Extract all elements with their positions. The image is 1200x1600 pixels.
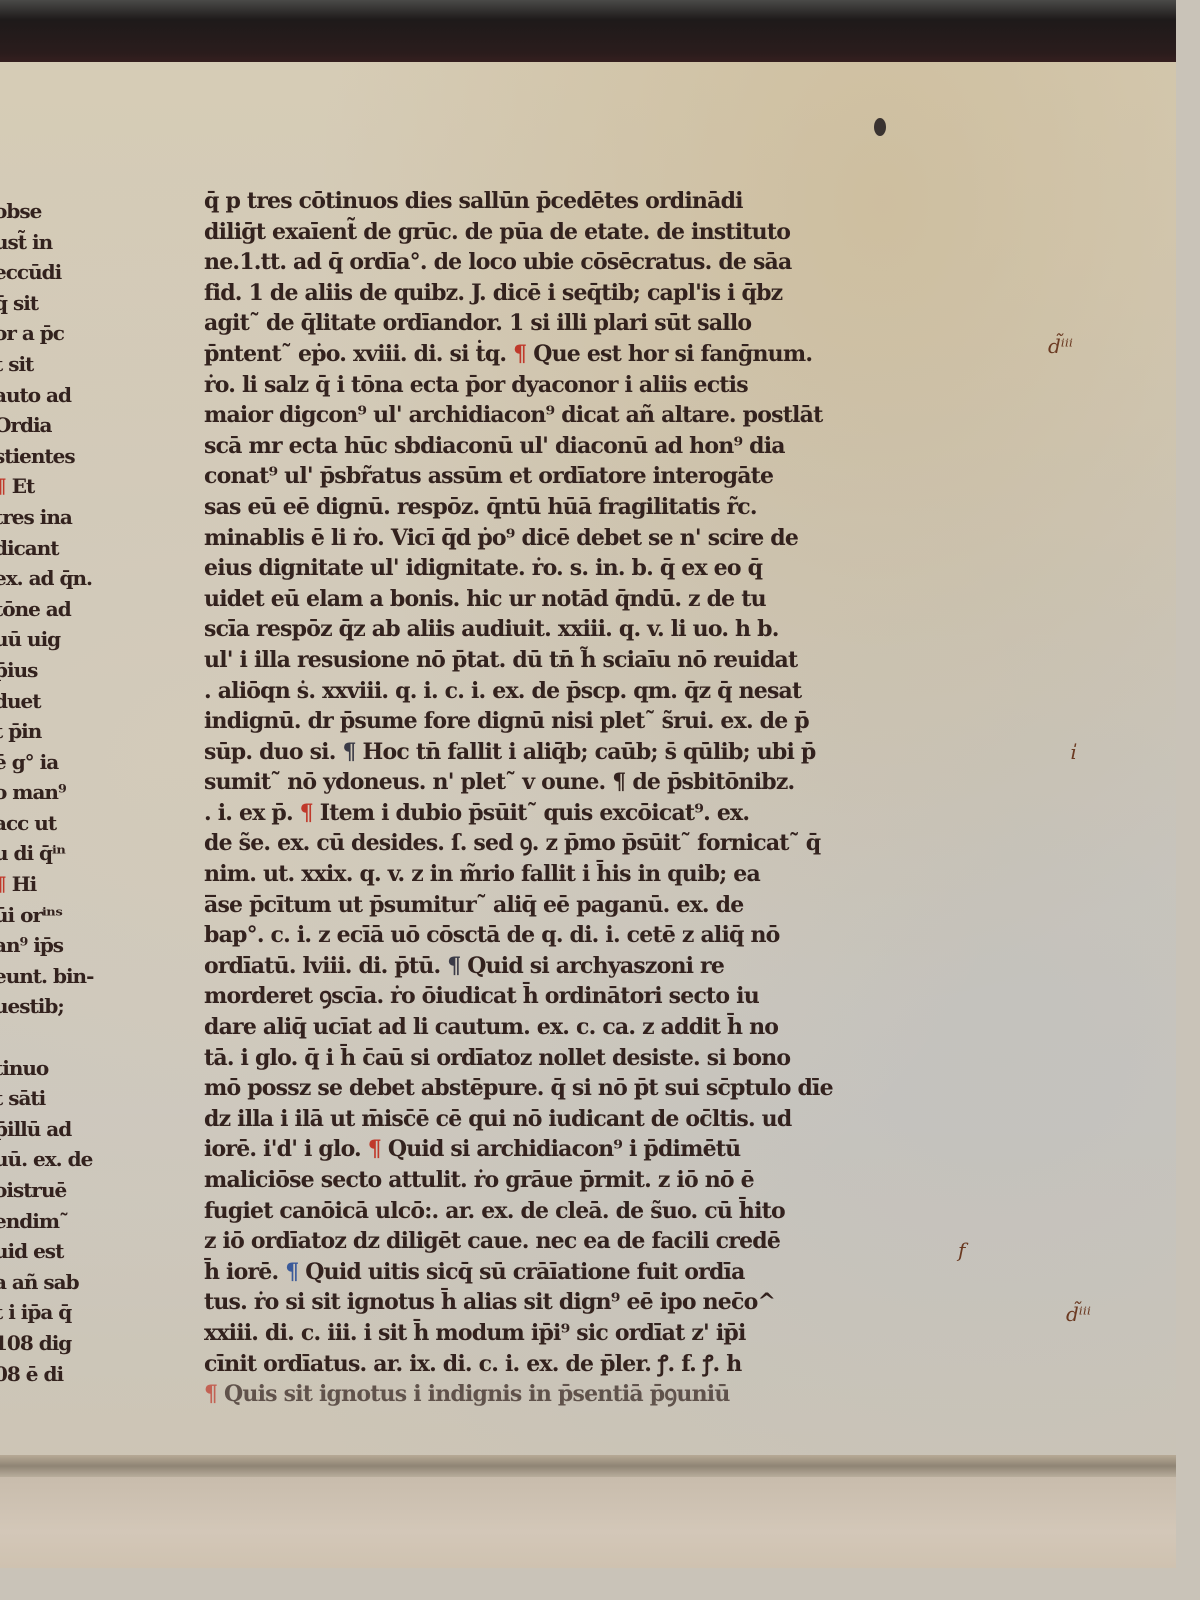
left-column-line: ex. ad q̄n. — [0, 563, 106, 594]
left-column-line: p̄illū ad — [0, 1114, 106, 1145]
left-column-line: endim˜ — [0, 1206, 106, 1237]
manuscript-line: sūp. duo si. ¶ Hoc tn̄ fallit i aliq̄b; … — [204, 737, 944, 768]
manuscript-line: p̄ntent˜ eṗo. xviii. di. si ṫq. ¶ Que es… — [204, 339, 944, 370]
manuscript-line: ne.1.tt. ad q̄ ordīa°. de loco ubie cōsē… — [204, 247, 944, 278]
left-column-line: or a p̄c — [0, 318, 106, 349]
left-column-line: obse — [0, 196, 106, 227]
manuscript-line: morderet ꝯscīa. ṙo ōiudicat h̄ ordinātor… — [204, 981, 944, 1012]
rubric-paragraph-mark: ¶ — [204, 1381, 217, 1407]
manuscript-line: maliciōse secto attulit. ṙo grāue p̄rmit… — [204, 1165, 944, 1196]
left-column-line: Ordia — [0, 410, 106, 441]
rubric-paragraph-mark: ¶ — [285, 1259, 298, 1285]
manuscript-line: ordīatū. lviii. di. p̄tū. ¶ Quid si arch… — [204, 951, 944, 982]
marginal-note: d̃ⁱⁱⁱ — [1066, 1302, 1091, 1326]
left-column-line: duet — [0, 686, 106, 717]
manuscript-line: fid. 1 de aliis de quibz. J. dicē i seq̄… — [204, 278, 944, 309]
manuscript-line: conat⁹ ul' p̄sbr̃atus assūm et ordīatore… — [204, 461, 944, 492]
rubric-paragraph-mark: ¶ — [368, 1136, 381, 1162]
manuscript-line: scā mr ecta hūc sbdiaconū ul' diaconū ad… — [204, 431, 944, 462]
manuscript-line: h̄ iorē. ¶ Quid uitis sicq̄ sū crāīation… — [204, 1257, 944, 1288]
left-column-line: ūi orⁱⁿˢ — [0, 900, 106, 931]
manuscript-line: indignū. dr p̄sume fore dignū nisi plet˜… — [204, 706, 944, 737]
manuscript-line: iorē. i'd' i glo. ¶ Quid si archidiacon⁹… — [204, 1134, 944, 1165]
manuscript-line: sumit˜ nō ydoneus. n' plet˜ v oune. ¶ de… — [204, 767, 944, 798]
left-column-line: q̄ sit — [0, 288, 106, 319]
left-column-line: uestib; — [0, 991, 106, 1022]
main-text-column: q̄ p tres cōtinuos dies sallūn p̄cedētes… — [204, 186, 944, 1410]
left-column-line: uū. ex. de — [0, 1144, 106, 1175]
left-column-line: tōne ad — [0, 594, 106, 625]
rubric-paragraph-mark: ¶ — [0, 872, 6, 896]
left-column-line: ust̃ in — [0, 227, 106, 258]
manuscript-line: . aliōqn ṡ. xxviii. q. i. c. i. ex. de p… — [204, 676, 944, 707]
manuscript-line: ul' i illa resusione nō p̄tat. dū tn̄ h̃… — [204, 645, 944, 676]
left-column-line: an⁹ ip̄s — [0, 930, 106, 961]
left-column-line: dicant — [0, 533, 106, 564]
manuscript-line: ṙo. li salz q̄ i tōna ecta p̄or dyaconor… — [204, 370, 944, 401]
left-column-line: p̄ius — [0, 655, 106, 686]
left-column-line: a añ sab — [0, 1267, 106, 1298]
left-column-line: u di q̄ⁱⁿ — [0, 838, 106, 869]
manuscript-line: scīa respōz q̄z ab aliis audiuit. xxiii.… — [204, 614, 944, 645]
left-column-line: 108 dig — [0, 1328, 106, 1359]
left-column-line: ¶ Hi — [0, 869, 106, 900]
manuscript-line: sas eū eē dignū. respōz. q̄ntū hūā fragi… — [204, 492, 944, 523]
marginal-note: f — [958, 1238, 965, 1262]
left-column-line — [0, 1022, 106, 1053]
manuscript-line: z iō ordīatoz dz diligēt caue. nec ea de… — [204, 1226, 944, 1257]
marginal-note: d̃ⁱⁱⁱ — [1048, 334, 1073, 358]
rubric-paragraph-mark: ¶ — [300, 800, 313, 826]
left-column-line: tres ina — [0, 502, 106, 533]
left-column-line: uū uig — [0, 624, 106, 655]
left-column-line: oistruē — [0, 1175, 106, 1206]
manuscript-line: fugiet canōicā ulcō:. ar. ex. de cleā. d… — [204, 1196, 944, 1227]
manuscript-line: diliḡt exaīent̃ de grūc. de pūa de etate… — [204, 217, 944, 248]
manuscript-line: mō possz se debet abstēpure. q̄ si nō p̄… — [204, 1073, 944, 1104]
manuscript-line: tus. ṙo si sit ignotus h̄ alias sit dign… — [204, 1287, 944, 1318]
manuscript-line: tā. i glo. q̄ i h̄ c̄aū si ordīatoz noll… — [204, 1043, 944, 1074]
manuscript-line: . i. ex p̄. ¶ Item i dubio p̄sūit˜ quis … — [204, 798, 944, 829]
book-binding-top — [0, 0, 1176, 69]
manuscript-line: nim. ut. xxix. q. v. z in m̃rio fallit i… — [204, 859, 944, 890]
rubric-paragraph-mark: ¶ — [342, 739, 355, 765]
left-column-line: t sāti — [0, 1083, 106, 1114]
left-column-line: eunt. bin- — [0, 961, 106, 992]
left-column-line: t sit — [0, 349, 106, 380]
left-column-line: acc ut — [0, 808, 106, 839]
left-column-line: 08 ē di — [0, 1359, 106, 1390]
manuscript-line: eius dignitate ul' idignitate. ṙo. s. in… — [204, 553, 944, 584]
manuscript-line: a̅se p̄cītum ut p̄sumitur˜ aliq̄ eē paga… — [204, 890, 944, 921]
left-column-line: stientes — [0, 441, 106, 472]
left-column-line: t p̄in — [0, 716, 106, 747]
manuscript-line: cīnit ordīatus. ar. ix. di. c. i. ex. de… — [204, 1349, 944, 1380]
lower-leaf — [0, 1477, 1176, 1568]
left-column-line: t i ip̄a q̄ — [0, 1297, 106, 1328]
left-column-line: ē g° ia — [0, 747, 106, 778]
manuscript-line: dare aliq̄ ucīat ad li cautum. ex. c. ca… — [204, 1012, 944, 1043]
left-column-line: tinuo — [0, 1053, 106, 1084]
manuscript-line: de s̃e. ex. cū desides. ſ. sed ꝯ. z p̄mo… — [204, 828, 944, 859]
rubric-paragraph-mark: ¶ — [447, 953, 460, 979]
left-column-line: ¶ Et — [0, 471, 106, 502]
rubric-paragraph-mark: ¶ — [513, 341, 526, 367]
page-fold — [0, 1455, 1176, 1477]
manuscript-line: maior digcon⁹ ul' archidiacon⁹ dicat añ … — [204, 400, 944, 431]
left-column-fragment: obseust̃ ineccūdiq̄ sitor a p̄ct sitauto… — [0, 196, 106, 1389]
left-column-line: uid est — [0, 1236, 106, 1267]
left-column-line: eccūdi — [0, 257, 106, 288]
marginal-note: i̍ — [1070, 740, 1076, 764]
manuscript-line: minablis ē li ṙo. Vicī q̄d ṗo⁹ dicē debe… — [204, 523, 944, 554]
left-column-line: o man⁹ — [0, 777, 106, 808]
manuscript-line: xxiii. di. c. iii. i sit h̄ modum ip̄i⁹ … — [204, 1318, 944, 1349]
left-column-line: auto ad — [0, 380, 106, 411]
manuscript-line: dz illa i ilā ut m̄isc̄ē cē qui nō iudic… — [204, 1104, 944, 1135]
rubric-paragraph-mark: ¶ — [0, 474, 6, 498]
parchment-hole — [874, 118, 886, 136]
manuscript-line: bap°. c. i. z ecīā uō cōsctā de q. di. i… — [204, 920, 944, 951]
manuscript-line: ¶ Quis sit ignotus i indignis in p̄senti… — [204, 1379, 944, 1410]
manuscript-line: agit˜ de q̄litate ordīandor. 1 si illi p… — [204, 308, 944, 339]
manuscript-line: q̄ p tres cōtinuos dies sallūn p̄cedētes… — [204, 186, 944, 217]
manuscript-line: uidet eū elam a bonis. hic ur notād q̄nd… — [204, 584, 944, 615]
